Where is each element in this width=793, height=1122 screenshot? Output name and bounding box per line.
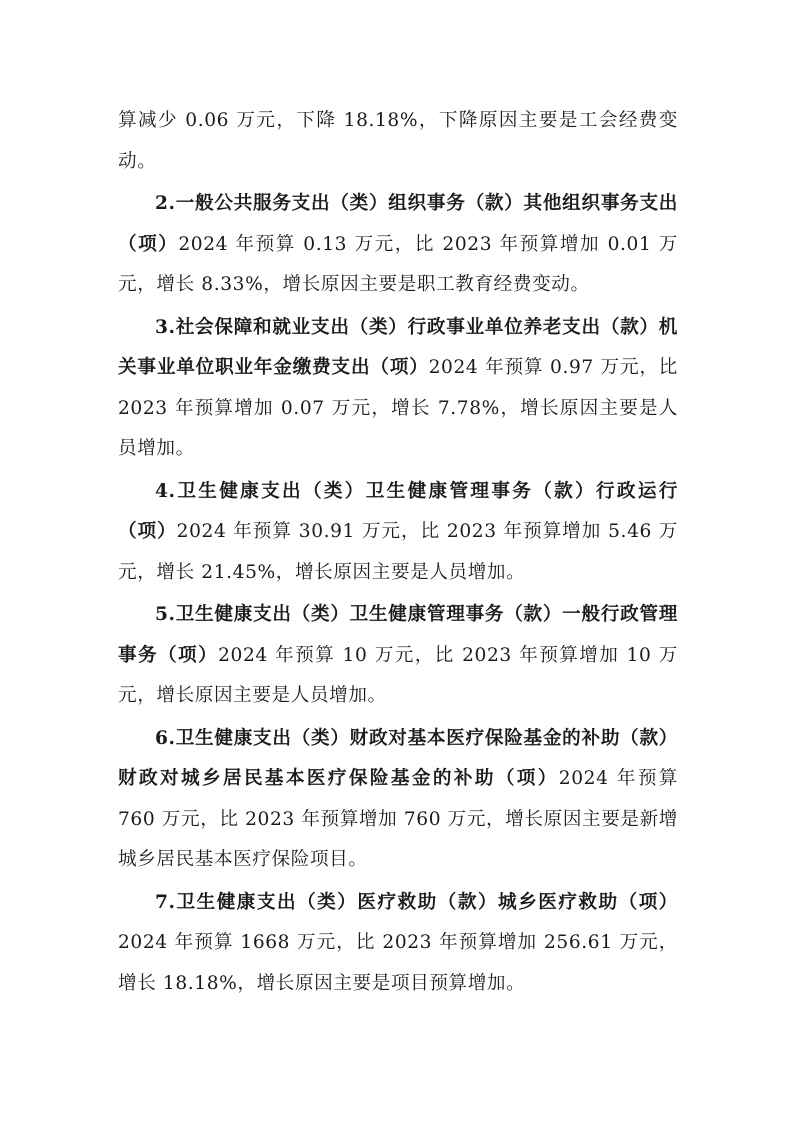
paragraph-item-2: 2.一般公共服务支出（类）组织事务（款）其他组织事务支出（项）2024 年预算 … [118,184,678,306]
paragraph-body: 2024 年预算 30.91 万元，比 2023 年预算增加 5.46 万元，增… [118,521,678,583]
paragraph-item-3: 3.社会保障和就业支出（类）行政事业单位养老支出（款）机关事业单位职业年金缴费支… [118,308,678,470]
paragraph-item-4: 4.卫生健康支出（类）卫生健康管理事务（款）行政运行（项）2024 年预算 30… [118,472,678,594]
paragraph-body: 算减少 0.06 万元，下降 18.18%，下降原因主要是工会经费变动。 [118,110,678,172]
paragraph-item-7: 7.卫生健康支出（类）医疗救助（款）城乡医疗救助（项）2024 年预算 1668… [118,883,678,1005]
paragraph-item-6: 6.卫生健康支出（类）财政对基本医疗保险基金的补助（款）财政对城乡居民基本医疗保… [118,719,678,881]
document-page: 算减少 0.06 万元，下降 18.18%，下降原因主要是工会经费变动。 2.一… [118,101,678,1006]
paragraph-heading: 7.卫生健康支出（类）医疗救助（款）城乡医疗救助（项） [155,892,678,913]
paragraph-item-5: 5.卫生健康支出（类）卫生健康管理事务（款）一般行政管理事务（项）2024 年预… [118,595,678,717]
paragraph-body: 2024 年预算 0.13 万元，比 2023 年预算增加 0.01 万元，增长… [118,234,678,296]
paragraph-body: 2024 年预算 1668 万元，比 2023 年预算增加 256.61 万元，… [118,932,678,994]
paragraph-continuation: 算减少 0.06 万元，下降 18.18%，下降原因主要是工会经费变动。 [118,101,678,182]
